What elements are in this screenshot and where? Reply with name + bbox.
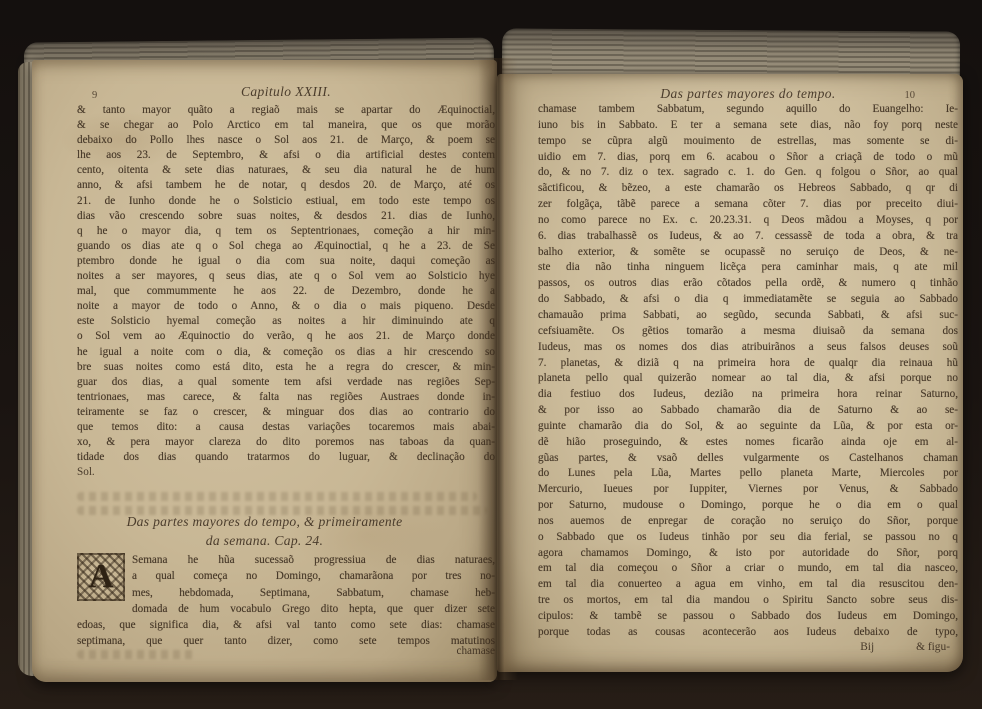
text-line: & tanto mayor quãto a regiaõ mais se apa… bbox=[77, 103, 495, 118]
text-line: este Solsticio hyemal começão as noites … bbox=[77, 314, 495, 329]
right-paragraph: chamase tambem Sabbatum, segundo aquillo… bbox=[538, 102, 958, 641]
left-paragraph-2: A Semana he hũa sucessaõ progressiua de … bbox=[77, 552, 495, 650]
text-line: Mercurio, Iueues por Iuppiter, Viernes p… bbox=[538, 482, 958, 498]
text-line: he igual a noite com o dia, & começão os… bbox=[77, 345, 495, 360]
signature-catchword-row: Bij & figu- bbox=[538, 641, 958, 653]
text-line: planeta pello qual quizerão nomear ao ta… bbox=[538, 371, 958, 387]
text-line: teiramente se faz o crescer, & minguar d… bbox=[77, 405, 495, 420]
text-line: noite a mayor de todo o Anno, & o dia o … bbox=[77, 299, 495, 314]
right-body-text: chamase tambem Sabbatum, segundo aquillo… bbox=[538, 102, 958, 653]
text-line: sãctificou, & bẽzeo, a este chamarão os … bbox=[538, 181, 958, 197]
text-line: iuno bis in Sabbato. E ter a semana sete… bbox=[538, 118, 958, 134]
left-running-head: Capitulo XXIII. bbox=[77, 84, 495, 100]
left-paragraph-1-last-line: Sol. bbox=[77, 465, 495, 480]
text-line: tentrionaes, mas carece, & falta nas reg… bbox=[77, 390, 495, 405]
text-line: balho exterior, & somẽte se ocupassẽ no … bbox=[538, 245, 958, 261]
text-line: agora chamamos Domingo, & isto por autor… bbox=[538, 546, 958, 562]
right-page: Das partes mayores do tempo. 10 chamase … bbox=[497, 74, 963, 672]
text-line: dia festiuo dos Iudeus, dezião na primei… bbox=[538, 387, 958, 403]
text-line: Semana he hũa sucessaõ progressiua de di… bbox=[77, 552, 495, 568]
text-line: mes, hebdomada, Septimana, Sabbatum, cha… bbox=[77, 585, 495, 601]
text-line: bre suas noites como está dito, esta he … bbox=[77, 360, 495, 375]
text-line: & se chegar ao Polo Arctico em tal manei… bbox=[77, 118, 495, 133]
text-line: lhe aos 23. de Septembro, & afsi o dia a… bbox=[77, 148, 495, 163]
text-line: uidio em 7. dias, porq em 6. acabou o Sñ… bbox=[538, 150, 958, 166]
text-line: que temos dito: a causa destas variações… bbox=[77, 420, 495, 435]
text-line: o Sabbado que os Iudeus tinhão por seu d… bbox=[538, 530, 958, 546]
open-book-photograph: 9 Capitulo XXIII. & tanto mayor quãto a … bbox=[0, 0, 982, 709]
text-line: q he o mayor dia, q tem os Septentrionae… bbox=[77, 224, 495, 239]
text-line: do, & no 7. diz o tex. sagrado c. 1. do … bbox=[538, 165, 958, 181]
text-line: & por isso ao Sabbado chamarão dia de Sa… bbox=[538, 403, 958, 419]
text-line: nos auemos de enpregar de coração no ser… bbox=[538, 514, 958, 530]
text-line: guar dos dias, a qual somente tem afsi v… bbox=[77, 375, 495, 390]
gathering-signature: Bij bbox=[860, 641, 874, 653]
left-body-text: & tanto mayor quãto a regiaõ mais se apa… bbox=[77, 103, 495, 480]
text-line: dias vão crescendo sobre suas noites, & … bbox=[77, 209, 495, 224]
text-line: edoas, que significa dia, & afsi val tan… bbox=[77, 617, 495, 633]
text-line: gũas partes, & vsaõ delles vulgarmente o… bbox=[538, 451, 958, 467]
left-catchword: chamase bbox=[77, 645, 495, 657]
text-line: porque todas as cousas acontecerão aos I… bbox=[538, 625, 958, 641]
text-line: cento, oitenta & sete dias naturaes, & s… bbox=[77, 163, 495, 178]
text-line: ste dia não tinha ninguem licẽça pera ca… bbox=[538, 260, 958, 276]
text-line: cipulos: & tambẽ se passou o Sabbado dos… bbox=[538, 609, 958, 625]
show-through-ghost-line bbox=[77, 492, 477, 501]
text-line: em tal dia começou o Sñor a criar o mund… bbox=[538, 561, 958, 577]
text-line: em tal dia conuerteo a agua em vinho, em… bbox=[538, 577, 958, 593]
right-catchword: & figu- bbox=[916, 641, 950, 653]
text-line: domada de hum vocabulo Grego dito hepta,… bbox=[77, 601, 495, 617]
left-paragraph-1: & tanto mayor quãto a regiaõ mais se apa… bbox=[77, 103, 495, 465]
text-line: Iudeus, mas os nomes dos dias atribuirãn… bbox=[538, 340, 958, 356]
text-line: cefsiuamẽte. Os gẽtios tomarão a mesma d… bbox=[538, 324, 958, 340]
text-line: noites a ser mayores, q seus dias, ate q… bbox=[77, 269, 495, 284]
text-line: ptembro donde he igual o dia com sua noi… bbox=[77, 254, 495, 269]
text-line: debaixo do Pollo lhes nasce o Sol aos 21… bbox=[77, 133, 495, 148]
text-line: 7. planetas, & diziã q na primeira hora … bbox=[538, 356, 958, 372]
text-line: guinte chamarão dia do Sol, & ao seguint… bbox=[538, 419, 958, 435]
chapter-24-heading-line2: da semana. Cap. 24. bbox=[32, 531, 497, 550]
text-line: zer folgãça, tãbẽ parece a semana cõter … bbox=[538, 197, 958, 213]
text-line: guando os dias ate q o Sol chega ao Æqui… bbox=[77, 239, 495, 254]
text-line: anno, & afsi tambem he de notar, q desdo… bbox=[77, 178, 495, 193]
text-line: passos, os outros dias erão cõtados pell… bbox=[538, 276, 958, 292]
text-line: mal, que commummente he aos 22. de Dezem… bbox=[77, 284, 495, 299]
text-line: do Lunes pela Lũa, Martes pello planeta … bbox=[538, 466, 958, 482]
text-line: por Saturno, mudouse o Domingo, porque h… bbox=[538, 498, 958, 514]
text-line: tre os mortos, em tal dia mandou o Spiri… bbox=[538, 593, 958, 609]
text-line: xo, & pera mayor clareza do dito poremos… bbox=[77, 435, 495, 450]
text-line: tempo se cũpra algũ mouimento de estrell… bbox=[538, 134, 958, 150]
text-line: 21. de Iunho donde he o Solsticio estiua… bbox=[77, 194, 495, 209]
left-page: 9 Capitulo XXIII. & tanto mayor quãto a … bbox=[32, 60, 497, 682]
right-running-head: Das partes mayores do tempo. bbox=[538, 86, 958, 102]
right-folio-number: 10 bbox=[905, 90, 916, 101]
text-line: o Sol vem ao Æquinoctio do verão, q he a… bbox=[77, 329, 495, 344]
text-line: chamauão prima Sabbati, ao segũdo, secun… bbox=[538, 308, 958, 324]
text-line: chamase tambem Sabbatum, segundo aquillo… bbox=[538, 102, 958, 118]
text-line: dẽ hião proseguindo, & estes nomes ficar… bbox=[538, 435, 958, 451]
text-line: a qual começa no Domingo, chamarãona por… bbox=[77, 568, 495, 584]
text-line: 6. dias trabalhassẽ os Iudeus, & ao 7. c… bbox=[538, 229, 958, 245]
text-line: no como parece no Ex. c. 20.23.31. q Deo… bbox=[538, 213, 958, 229]
text-line: tidade dos dias quando tratarmos do lugu… bbox=[77, 450, 495, 465]
text-line: do Sabbado, & afsi o dia q immediatamẽte… bbox=[538, 292, 958, 308]
chapter-24-heading-line1: Das partes mayores do tempo, & primeiram… bbox=[32, 512, 497, 531]
